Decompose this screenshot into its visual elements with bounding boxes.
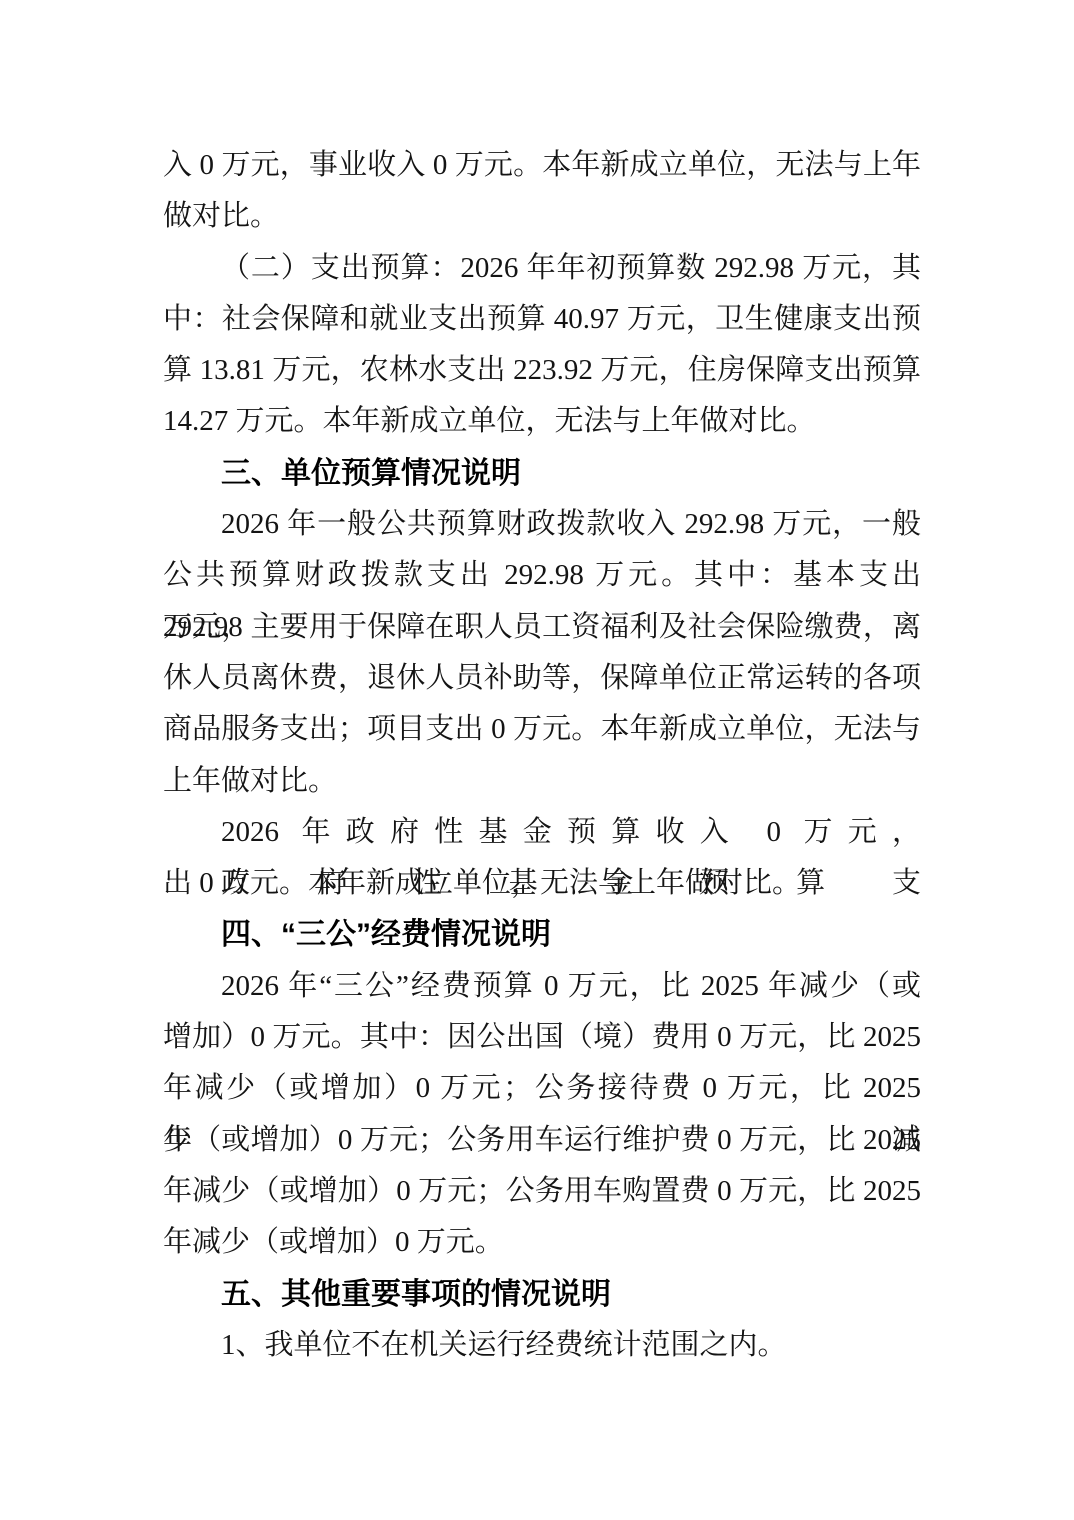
text-line: 算 13.81 万元，农林水支出 223.92 万元，住房保障支出预算 xyxy=(163,345,921,396)
text-line: 上年做对比。 xyxy=(163,756,921,807)
section-heading: 三、单位预算情况说明 xyxy=(163,448,921,499)
section-heading: 五、其他重要事项的情况说明 xyxy=(163,1269,921,1320)
document-page: 入 0 万元，事业收入 0 万元。本年新成立单位，无法与上年做对比。（二）支出预… xyxy=(0,0,1074,1520)
text-line: 2026 年政府性基金预算收入 0 万元，政府性基金预算支 xyxy=(163,807,921,858)
text-line: 少（或增加）0 万元；公务用车运行维护费 0 万元，比 2025 xyxy=(163,1115,921,1166)
text-line: 2026 年“三公”经费预算 0 万元，比 2025 年减少（或 xyxy=(163,961,921,1012)
text-line: 2026 年一般公共预算财政拨款收入 292.98 万元，一般 xyxy=(163,499,921,550)
text-line: 年减少（或增加）0 万元；公务接待费 0 万元，比 2025 年减 xyxy=(163,1063,921,1114)
text-line: 公共预算财政拨款支出 292.98 万元。其中：基本支出 292.98 xyxy=(163,550,921,601)
text-line: 入 0 万元，事业收入 0 万元。本年新成立单位，无法与上年 xyxy=(163,140,921,191)
text-line: 年减少（或增加）0 万元。 xyxy=(163,1217,921,1268)
text-line: 增加）0 万元。其中：因公出国（境）费用 0 万元，比 2025 xyxy=(163,1012,921,1063)
text-line: 做对比。 xyxy=(163,191,921,242)
text-line: 年减少（或增加）0 万元；公务用车购置费 0 万元，比 2025 xyxy=(163,1166,921,1217)
text-line: 万元，主要用于保障在职人员工资福利及社会保险缴费，离 xyxy=(163,602,921,653)
text-line: （二）支出预算：2026 年年初预算数 292.98 万元，其 xyxy=(163,243,921,294)
section-heading: 四、“三公”经费情况说明 xyxy=(163,909,921,960)
text-line: 中：社会保障和就业支出预算 40.97 万元，卫生健康支出预 xyxy=(163,294,921,345)
text-line: 1、我单位不在机关运行经费统计范围之内。 xyxy=(163,1320,921,1371)
document-content: 入 0 万元，事业收入 0 万元。本年新成立单位，无法与上年做对比。（二）支出预… xyxy=(163,140,921,1371)
text-line: 商品服务支出；项目支出 0 万元。本年新成立单位，无法与 xyxy=(163,704,921,755)
text-line: 14.27 万元。本年新成立单位，无法与上年做对比。 xyxy=(163,396,921,447)
text-line: 休人员离休费，退休人员补助等，保障单位正常运转的各项 xyxy=(163,653,921,704)
